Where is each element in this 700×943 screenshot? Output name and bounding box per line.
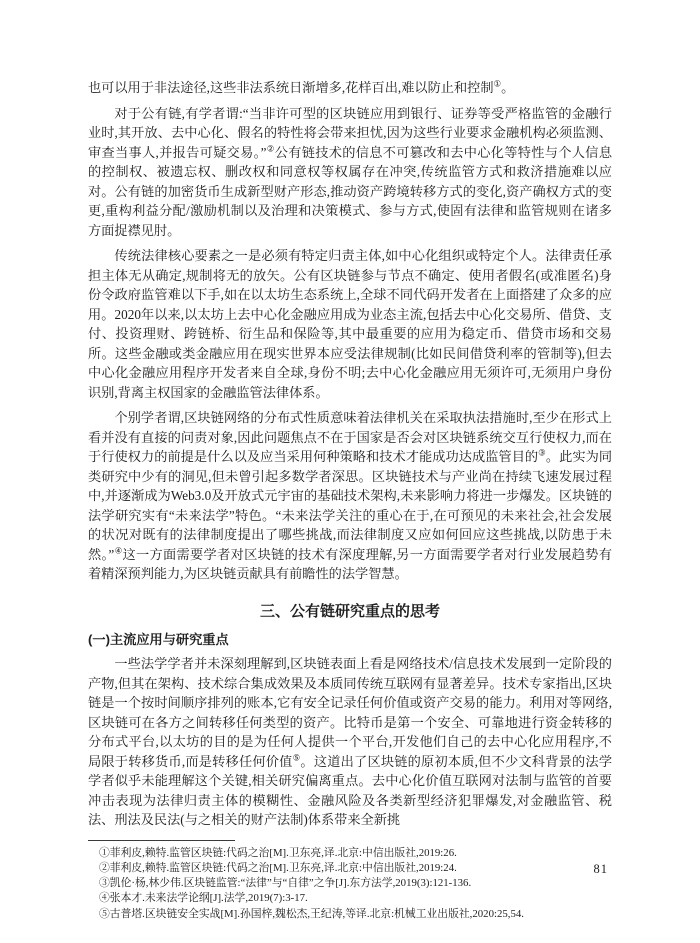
footnote-marker: ②: [266, 143, 274, 153]
footnote-item: ③凯伦·杨,林少伟.区块链监管:“法律”与“自律”之争[J].东方法学,2019…: [88, 876, 612, 891]
footnotes-section: ①菲利皮,赖特.监管区块链:代码之治[M].卫东亮,译.北京:中信出版社,201…: [88, 840, 612, 922]
page-number: 81: [594, 862, 609, 877]
footnote-marker: ④: [114, 545, 122, 555]
footnote-list: ①菲利皮,赖特.监管区块链:代码之治[M].卫东亮,译.北京:中信出版社,201…: [88, 846, 612, 922]
section-heading: 三、公有链研究重点的思考: [88, 600, 612, 621]
footnote-item: ②菲利皮,赖特.监管区块链:代码之治[M].卫东亮,译.北京:中信出版社,201…: [88, 861, 612, 876]
paragraph: 对于公有链,有学者谓:“当非许可型的区块链应用到银行、证券等受严格监管的金融行业…: [88, 104, 612, 241]
footnote-separator: [88, 840, 235, 841]
paragraph: 传统法律核心要素之一是必须有特定归责主体,如中心化组织或特定个人。法律责任承担主…: [88, 246, 612, 402]
footnote-marker: ⑤: [293, 752, 301, 762]
footnote-marker: ③: [538, 448, 546, 458]
paragraph: 一些法学学者并未深刻理解到,区块链表面上看是网络技术/信息技术发展到一定阶段的产…: [88, 654, 612, 830]
paragraph: 个别学者谓,区块链网络的分布式性质意味着法律机关在采取执法措施时,至少在形式上看…: [88, 408, 612, 584]
footnote-item: ⑤古普塔.区块链安全实战[M].孙国梓,魏松杰,王纪涛,等译.北京:机械工业出版…: [88, 907, 612, 922]
text-blocks: 也可以用于非法途径,这些非法系统日渐增多,花样百出,难以防止和控制①。对于公有链…: [88, 78, 612, 830]
article-body: 也可以用于非法途径,这些非法系统日渐增多,花样百出,难以防止和控制①。对于公有链…: [88, 78, 612, 922]
subsection-heading: (一)主流应用与研究重点: [88, 630, 612, 650]
footnote-marker: ①: [494, 79, 502, 89]
paragraph: 也可以用于非法途径,这些非法系统日渐增多,花样百出,难以防止和控制①。: [88, 78, 612, 98]
document-page: 也可以用于非法途径,这些非法系统日渐增多,花样百出,难以防止和控制①。对于公有链…: [0, 0, 700, 943]
footnote-item: ①菲利皮,赖特.监管区块链:代码之治[M].卫东亮,译.北京:中信出版社,201…: [88, 846, 612, 861]
footnote-item: ④张本才.未来法学论纲[J].法学,2019(7):3-17.: [88, 891, 612, 906]
